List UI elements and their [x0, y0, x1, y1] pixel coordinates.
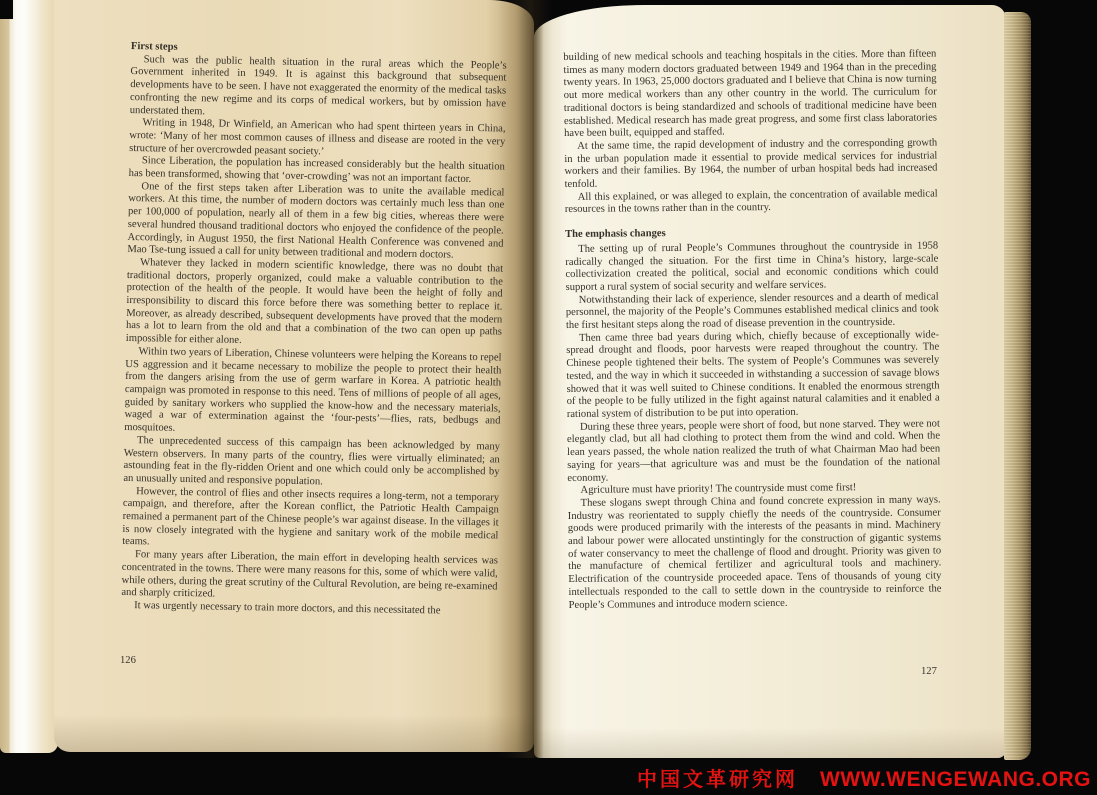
left-paragraphs: Such was the public health situation in …: [121, 54, 507, 619]
right-opening-paragraphs: building of new medical schools and teac…: [563, 48, 938, 217]
paragraph: Within two years of Liberation, Chinese …: [124, 346, 501, 441]
watermark-site-name: 中国文革研究网: [637, 763, 798, 792]
left-page-edges: [0, 0, 58, 753]
paragraph: However, the control of flies and other …: [122, 486, 499, 556]
paragraph: The setting up of rural People’s Commune…: [565, 240, 938, 294]
watermark-site-url: WWW.WENGEWANG.ORG: [820, 768, 1091, 792]
right-page-text: building of new medical schools and teac…: [563, 48, 941, 612]
left-page-text: First steps Such was the public health s…: [121, 41, 507, 619]
paragraph: Such was the public health situation in …: [130, 54, 507, 124]
right-page-number: 127: [921, 666, 937, 677]
book-fore-edge: [1004, 12, 1031, 760]
paragraph: Then came three bad years during which, …: [566, 329, 940, 421]
paragraph: These slogans swept through China and fo…: [568, 494, 942, 612]
paragraph: Whatever they lacked in modern scientifi…: [126, 257, 503, 352]
book-photo: First steps Such was the public health s…: [0, 0, 1097, 795]
watermark: 中国文革研究网 WWW.WENGEWANG.ORG: [637, 763, 1091, 792]
left-page-number: 126: [120, 655, 136, 666]
right-section-heading: The emphasis changes: [565, 226, 938, 242]
paragraph: One of the first steps taken after Liber…: [127, 181, 504, 264]
paragraph: All this explained, or was alleged to ex…: [565, 188, 938, 217]
right-closing-paragraphs: The setting up of rural People’s Commune…: [565, 240, 942, 612]
paragraph: Notwithstanding their lack of experience…: [566, 291, 939, 333]
paragraph: For many years after Liberation, the mai…: [121, 549, 498, 606]
paragraph: During these three years, people were sh…: [567, 418, 941, 485]
paragraph: building of new medical schools and teac…: [563, 48, 937, 140]
paragraph: Writing in 1948, Dr Winfield, an America…: [129, 117, 506, 162]
paragraph: The unprecedented success of this campai…: [123, 435, 500, 492]
paragraph: At the same time, the rapid development …: [564, 137, 937, 191]
background-corner: [0, 0, 13, 19]
